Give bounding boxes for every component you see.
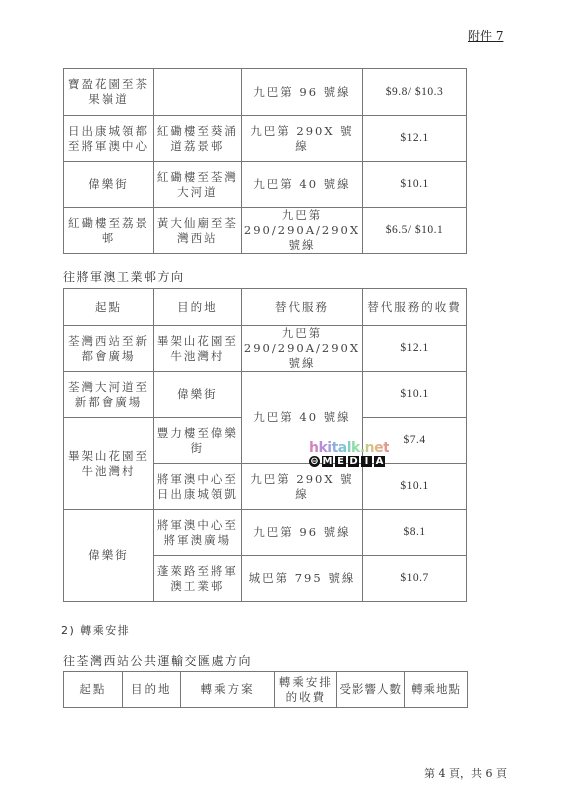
destination-cell: 畢架山花園至牛池灣村 xyxy=(153,326,241,372)
origin-cell: 荃灣大河道至新都會廣場 xyxy=(64,372,154,418)
media-letter: M xyxy=(322,456,333,467)
header-origin: 起點 xyxy=(64,672,123,708)
table-row: 荃灣西站至新都會廣場 畢架山花園至牛池灣村 九巴第 290/290A/290X … xyxy=(64,326,467,372)
media-letter: E xyxy=(335,456,346,467)
header-fare: 替代服務的收費 xyxy=(363,289,467,326)
fare-cell: $10.1 xyxy=(363,372,467,418)
fare-cell: $12.1 xyxy=(363,326,467,372)
destination-cell: 紅磡樓至葵涌道荔景邨 xyxy=(153,116,241,162)
watermark-media: ⊖ M E D I A xyxy=(309,456,389,467)
page-number: 第 4 頁，共 6 頁 xyxy=(424,765,507,781)
table-header-row: 起點 目的地 替代服務 替代服務的收費 xyxy=(64,289,467,326)
destination-cell: 黃大仙廟至荃灣西站 xyxy=(153,208,241,254)
fare-cell: $8.1 xyxy=(363,510,467,556)
header-destination: 目的地 xyxy=(153,289,241,326)
fare-cell: $10.7 xyxy=(363,556,467,602)
fare-cell: $6.5/ $10.1 xyxy=(363,208,467,254)
annex-label: 附件 7 xyxy=(468,27,503,44)
destination-cell: 紅磡樓至荃灣大河道 xyxy=(153,162,241,208)
watermark-logo: hkitalk.net ⊖ M E D I A xyxy=(309,441,389,471)
destination-cell xyxy=(153,69,241,116)
header-transfer-location: 轉乘地點 xyxy=(405,672,468,708)
fare-table-continued: 寶盈花園至茶果嶺道 九巴第 96 號線 $9.8/ $10.3 日出康城領都至將… xyxy=(63,68,467,254)
fare-cell: $9.8/ $10.3 xyxy=(363,69,467,116)
media-circle-icon: ⊖ xyxy=(309,456,320,467)
destination-cell: 豐力樓至偉樂街 xyxy=(153,418,241,464)
fare-cell: $10.1 xyxy=(363,162,467,208)
header-origin: 起點 xyxy=(64,289,154,326)
header-transfer-fare: 轉乘安排的收費 xyxy=(275,672,337,708)
origin-cell: 紅磡樓至荔景邨 xyxy=(64,208,154,254)
media-letter: D xyxy=(348,456,359,467)
table-row: 荃灣大河道至新都會廣場 偉樂街 九巴第 40 號線 $10.1 xyxy=(64,372,467,418)
origin-cell: 荃灣西站至新都會廣場 xyxy=(64,326,154,372)
media-letter: A xyxy=(374,456,385,467)
destination-cell: 偉樂街 xyxy=(153,372,241,418)
destination-cell: 將軍澳中心至將軍澳廣場 xyxy=(153,510,241,556)
origin-cell: 寶盈花園至茶果嶺道 xyxy=(64,69,154,116)
service-cell: 九巴第 96 號線 xyxy=(241,510,362,556)
watermark-text: hkitalk.net xyxy=(309,441,389,455)
header-service: 替代服務 xyxy=(241,289,362,326)
header-transfer-plan: 轉乘方案 xyxy=(180,672,275,708)
header-affected-count: 受影響人數 xyxy=(337,672,405,708)
fare-cell: $12.1 xyxy=(363,116,467,162)
service-cell: 九巴第 96 號線 xyxy=(241,69,362,116)
table-row: 寶盈花園至茶果嶺道 九巴第 96 號線 $9.8/ $10.3 xyxy=(64,69,467,116)
origin-cell: 偉樂街 xyxy=(64,510,154,602)
service-cell: 九巴第 290/290A/290X 號線 xyxy=(241,326,362,372)
service-cell: 九巴第 40 號線 xyxy=(241,162,362,208)
origin-cell: 日出康城領都至將軍澳中心 xyxy=(64,116,154,162)
section-title-tko: 往將軍澳工業邨方向 xyxy=(63,268,185,285)
table-row: 偉樂街 紅磡樓至荃灣大河道 九巴第 40 號線 $10.1 xyxy=(64,162,467,208)
table-header-row: 起點 目的地 轉乘方案 轉乘安排的收費 受影響人數 轉乘地點 xyxy=(64,672,468,708)
origin-cell: 畢架山花園至牛池灣村 xyxy=(64,418,154,510)
service-cell: 九巴第 290X 號線 xyxy=(241,116,362,162)
table-row: 偉樂街 將軍澳中心至將軍澳廣場 九巴第 96 號線 $8.1 xyxy=(64,510,467,556)
destination-cell: 將軍澳中心至日出康城領凱 xyxy=(153,464,241,510)
table-row: 日出康城領都至將軍澳中心 紅磡樓至葵涌道荔景邨 九巴第 290X 號線 $12.… xyxy=(64,116,467,162)
destination-cell: 蓬萊路至將軍澳工業邨 xyxy=(153,556,241,602)
service-cell: 城巴第 795 號線 xyxy=(241,556,362,602)
origin-cell: 偉樂街 xyxy=(64,162,154,208)
media-letter: I xyxy=(361,456,372,467)
table-row: 紅磡樓至荔景邨 黃大仙廟至荃灣西站 九巴第 290/290A/290X 號線 $… xyxy=(64,208,467,254)
header-destination: 目的地 xyxy=(122,672,180,708)
fare-table-tko: 起點 目的地 替代服務 替代服務的收費 荃灣西站至新都會廣場 畢架山花園至牛池灣… xyxy=(63,288,467,602)
section-heading-transfer: 2) 轉乘安排 xyxy=(61,622,130,638)
transfer-table: 起點 目的地 轉乘方案 轉乘安排的收費 受影響人數 轉乘地點 xyxy=(63,671,468,708)
service-cell: 九巴第 290/290A/290X 號線 xyxy=(241,208,362,254)
section-subtitle-tsuen-wan: 往荃灣西站公共運輸交匯處方向 xyxy=(63,652,252,669)
